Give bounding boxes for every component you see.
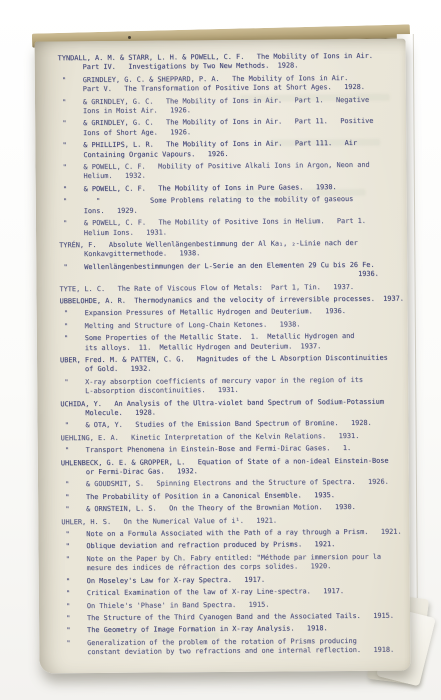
bibliography-entry: " The Geometry of Image Formation in X-r… xyxy=(62,624,407,636)
bibliography-page: TYNDALL, A. M. & STARR, L. H. & POWELL, … xyxy=(35,39,411,674)
bibliography-entry: TYRÉN, F. Absolute Wellenlängenbestimmun… xyxy=(59,238,404,260)
bibliography-entry: " On Moseley's Law for X-ray Spectra. 19… xyxy=(62,574,407,586)
bibliography-entry: " Critical Examination of the law of X-r… xyxy=(62,587,407,599)
entry-line: of Gold. 1932. xyxy=(60,363,405,375)
bibliography-entry: UBBELOHDE, A. R. Thermodynamics and the … xyxy=(60,295,405,307)
bibliography-entry: " & GRINDLEY, G. C. The Mobility of Ions… xyxy=(58,95,403,117)
bibliography-entry: " Transport Phenomena in Einstein-Bose a… xyxy=(61,444,406,456)
bibliography-entry: " & OTA, Y. Studies of the Emission Band… xyxy=(61,419,406,431)
entry-line: " & ORNSTEIN, L. S. On the Theory of the… xyxy=(61,503,406,515)
entry-line: " & OTA, Y. Studies of the Emission Band… xyxy=(61,419,406,431)
entry-line: " On Moseley's Law for X-ray Spectra. 19… xyxy=(62,574,407,586)
bibliography-entry: " GRINDLEY, G. C. & SHEPPARD, P. A. The … xyxy=(58,73,403,95)
entry-line: " & POWELL, C. F. The Mobility of Ions i… xyxy=(59,182,404,194)
bibliography-entry: UHLER, H. S. On the Numerical Value of i… xyxy=(61,515,406,527)
entry-line: " Oblique deviation and refraction produ… xyxy=(61,540,406,552)
bibliography-entry: " The Structure of the Third Cyanogen Ba… xyxy=(62,611,407,623)
entry-line: Helium Ions. 1931. xyxy=(59,226,404,238)
bibliography-entry: " On Thiele's 'Phase' in Band Spectra. 1… xyxy=(62,599,407,611)
bibliography-entry: " Note on a Formula Associated with the … xyxy=(61,528,406,540)
bibliography-entry: " & PHILLIPS, L. R. The Mobility of Ions… xyxy=(58,139,403,161)
bibliography-entry: " Some Properties of the Metallic State.… xyxy=(60,332,405,354)
entry-line: UBBELOHDE, A. R. Thermodynamics and the … xyxy=(60,295,405,307)
entry-line: Ions of Short Age. 1926. xyxy=(58,126,403,138)
bibliography-entry: UCHIDA, Y. An Analysis of the Ultra-viol… xyxy=(60,397,405,419)
entry-line: Konkavgittermethode. 1938. xyxy=(59,248,404,260)
bibliography-entry: UEHLING, E. A. Kinetic Interpretation of… xyxy=(61,431,406,443)
entry-line: Part IV. Investigations by Two New Metho… xyxy=(58,61,403,73)
entry-line: Ions. 1929. xyxy=(59,204,404,216)
bibliography-entry: " X-ray absorption coefficients of mercu… xyxy=(60,375,405,397)
bibliography-entry: TYTE, L. C. The Rate of Viscous Flow of … xyxy=(59,282,404,294)
entry-line: UHLER, H. S. On the Numerical Value of i… xyxy=(61,515,406,527)
entry-line: Part V. The Transformation of Positive I… xyxy=(58,83,403,95)
entry-line: 1936. xyxy=(59,270,404,282)
bibliography-entry: " & ORNSTEIN, L. S. On the Theory of the… xyxy=(61,503,406,515)
entry-line: " Transport Phenomena in Einstein-Bose a… xyxy=(61,444,406,456)
entry-line: " The Probability of Position in a Canon… xyxy=(61,490,406,502)
entry-line: " Expansion Pressures of Metallic Hydrog… xyxy=(60,307,405,319)
entry-line: L-absorption discontinuities. 1931. xyxy=(60,385,405,397)
entry-line: Ions in Moist Air. 1926. xyxy=(58,105,403,117)
entry-line: Containing Organic Vapours. 1926. xyxy=(58,148,403,160)
bibliography-entry: " & GRINDLEY, G. C. The Mobility of Ions… xyxy=(58,117,403,139)
entry-line: " On Thiele's 'Phase' in Band Spectra. 1… xyxy=(62,599,407,611)
entry-line: constant deviation by two refractions an… xyxy=(62,646,407,658)
entry-line: its alloys. 11. Metallic Hydrogen and De… xyxy=(60,341,405,353)
bibliography-entry: " & GOUDSMIT, S. Spinning Electrons and … xyxy=(61,478,406,490)
bibliography-entry: UBER, Fred. M. & PATTEN, C. G. Magnitude… xyxy=(60,354,405,376)
bibliography-entries: TYNDALL, A. M. & STARR, L. H. & POWELL, … xyxy=(58,52,408,661)
bibliography-entry: " Melting and Structure of Long-Chain Ke… xyxy=(60,319,405,331)
photo-background: TYNDALL, A. M. & STARR, L. H. & POWELL, … xyxy=(0,0,441,700)
entry-line: " & GOUDSMIT, S. Spinning Electrons and … xyxy=(61,478,406,490)
entry-line: " Note on a Formula Associated with the … xyxy=(61,528,406,540)
entry-line: " Melting and Structure of Long-Chain Ke… xyxy=(60,319,405,331)
bibliography-entry: " Oblique deviation and refraction produ… xyxy=(61,540,406,552)
bibliography-entry: " " Some Problems relating to the mobili… xyxy=(59,195,404,217)
entry-line: UEHLING, E. A. Kinetic Interpretation of… xyxy=(61,431,406,443)
bibliography-entry: " Generalization of the problem of the r… xyxy=(62,636,407,658)
entry-line: mesure des indices de réfraction des cor… xyxy=(62,562,407,574)
bibliography-entry: " Note on the Paper by Ch. Fabry entitle… xyxy=(62,552,407,574)
entry-line: Molecule. 1928. xyxy=(60,407,405,419)
entry-line: " Critical Examination of the law of X-r… xyxy=(62,587,407,599)
bibliography-entry: " Expansion Pressures of Metallic Hydrog… xyxy=(60,307,405,319)
bibliography-entry: " & POWELL, C. F. Mobility of Positive A… xyxy=(58,161,403,183)
entry-line: Helium. 1932. xyxy=(59,170,404,182)
bibliography-entry: TYNDALL, A. M. & STARR, L. H. & POWELL, … xyxy=(58,52,403,74)
entry-line: " The Geometry of Image Formation in X-r… xyxy=(62,624,407,636)
entry-line: " The Structure of the Third Cyanogen Ba… xyxy=(62,611,407,623)
entry-line: TYTE, L. C. The Rate of Viscous Flow of … xyxy=(59,282,404,294)
bibliography-entry: " & POWELL, C. F. The Mobility of Positi… xyxy=(59,217,404,239)
dust-speck xyxy=(128,36,131,39)
bibliography-entry: " The Probability of Position in a Canon… xyxy=(61,490,406,502)
bibliography-entry: " Wellenlängenbestimmungen der L-Serie a… xyxy=(59,260,404,282)
bibliography-entry: UHLENBECK, G. E. & GROPPER, L. Equation … xyxy=(61,456,406,478)
entry-line: or Fermi-Dirac Gas. 1932. xyxy=(61,466,406,478)
bibliography-entry: " & POWELL, C. F. The Mobility of Ions i… xyxy=(59,182,404,194)
